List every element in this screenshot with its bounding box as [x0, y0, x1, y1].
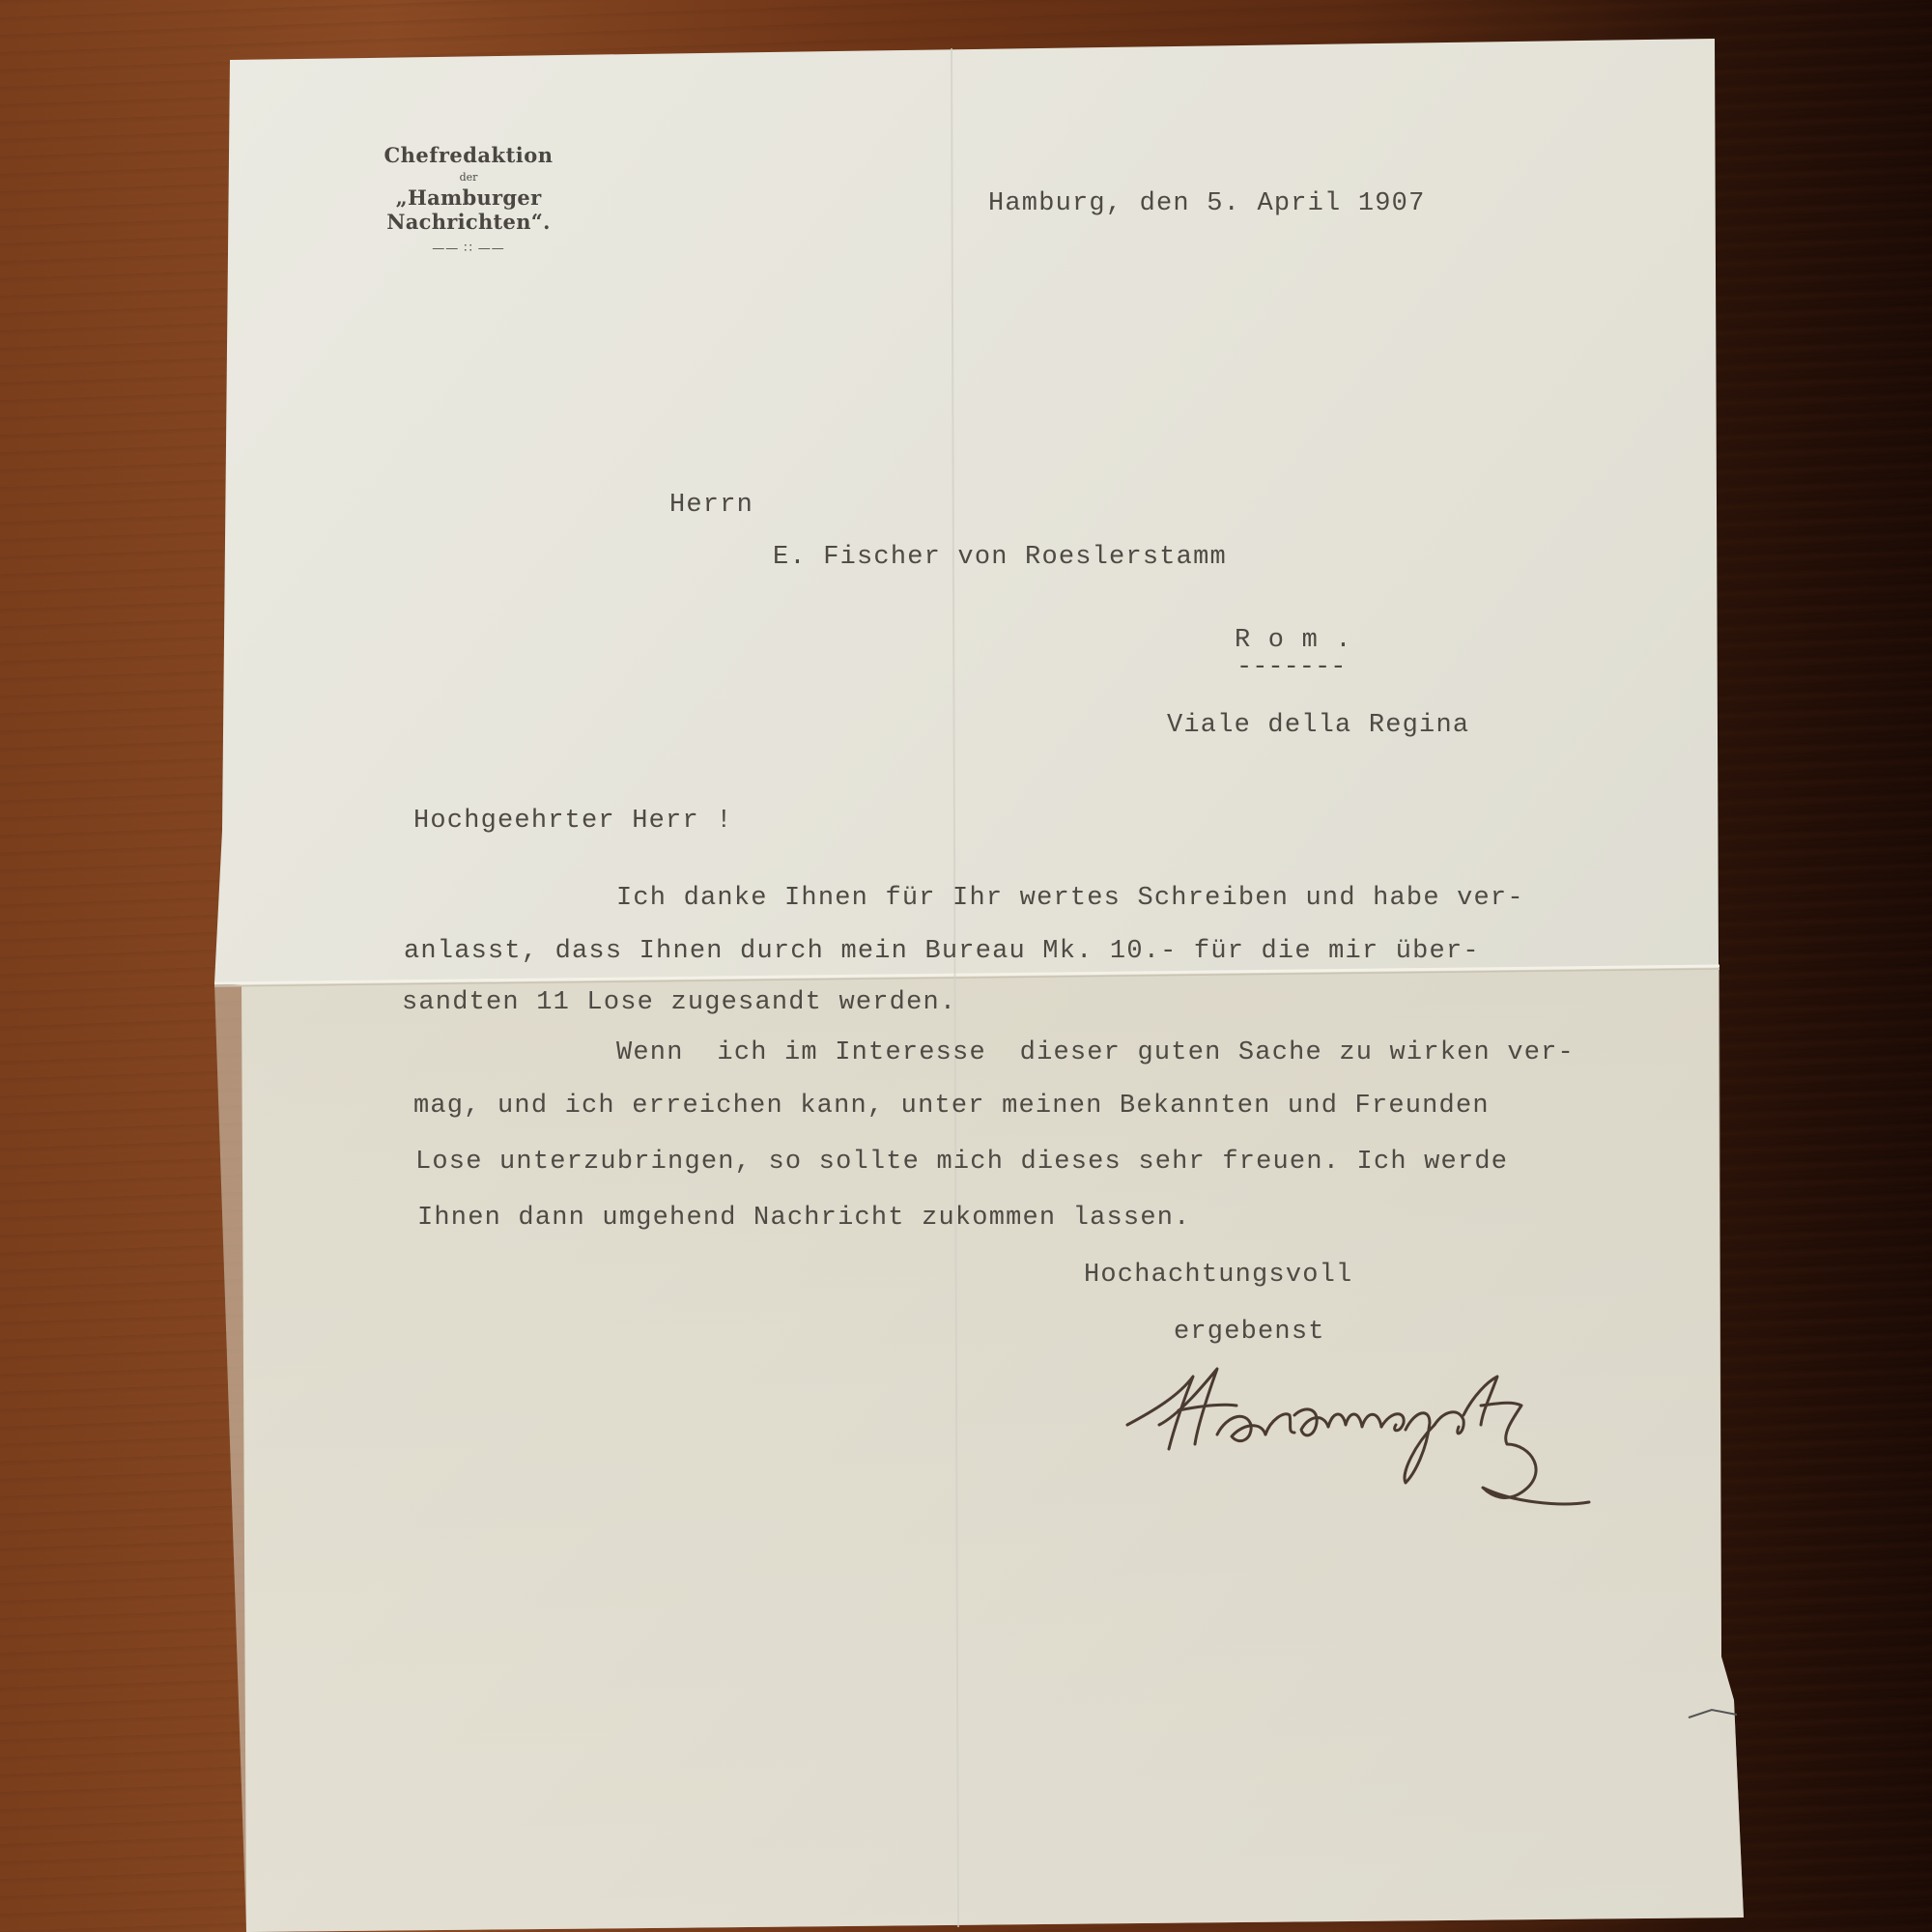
body-line: Lose unterzubringen, so sollte mich dies… [415, 1148, 1508, 1177]
letterhead-newspaper-name: „Hamburger Nachrichten“. [328, 185, 609, 234]
paper-shape [0, 0, 1932, 1932]
greeting: Hochgeehrter Herr ! [413, 807, 733, 836]
closing-line: Hochachtungsvoll [1084, 1261, 1352, 1290]
recipient-name: E. Fischer von Roeslerstamm [773, 543, 1227, 572]
body-line: Ihnen dann umgehend Nachricht zukommen l… [417, 1204, 1191, 1233]
closing-line: ergebenst [1174, 1318, 1325, 1347]
recipient-title: Herrn [669, 491, 753, 520]
body-line: Wenn ich im Interesse dieser guten Sache… [616, 1038, 1575, 1067]
letterhead-ornament: —— ∷ —— [328, 241, 609, 256]
letter-sheet: Chefredaktion der „Hamburger Nachrichten… [0, 0, 1932, 1932]
body-line: Ich danke Ihnen für Ihr wertes Schreiben… [616, 884, 1524, 913]
body-line: sandten 11 Lose zugesandt werden. [402, 988, 956, 1017]
letterhead-der: der [328, 171, 609, 184]
city-underline: ------- [1236, 653, 1346, 682]
date-line: Hamburg, den 5. April 1907 [988, 189, 1425, 218]
recipient-city: R o m . [1235, 626, 1352, 655]
recipient-street: Viale della Regina [1167, 711, 1469, 740]
body-line: mag, und ich erreichen kann, unter meine… [413, 1092, 1490, 1121]
body-line: anlasst, dass Ihnen durch mein Bureau Mk… [404, 937, 1480, 966]
letterhead-title: Chefredaktion [328, 143, 609, 167]
letterhead: Chefredaktion der „Hamburger Nachrichten… [328, 143, 609, 256]
